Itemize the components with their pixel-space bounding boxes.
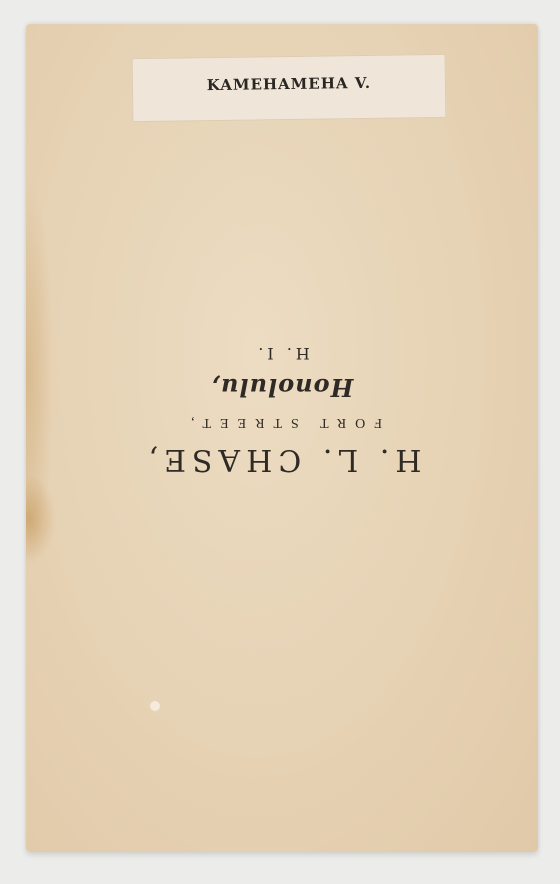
- street-address: FORT STREET,: [26, 414, 538, 430]
- foxing-stain: [26, 474, 56, 564]
- photographer-imprint: H. L. CHASE, FORT STREET, Honolulu, H. I…: [26, 344, 538, 477]
- paper-spot: [150, 701, 160, 711]
- photographer-name: H. L. CHASE,: [26, 442, 538, 477]
- name-label: KAMEHAMEHA V.: [132, 54, 447, 122]
- name-label-text: KAMEHAMEHA V.: [207, 74, 371, 94]
- photograph-card-back: KAMEHAMEHA V. H. L. CHASE, FORT STREET, …: [26, 24, 538, 852]
- city-name: Honolulu,: [26, 373, 538, 402]
- region-name: H. I.: [26, 344, 538, 363]
